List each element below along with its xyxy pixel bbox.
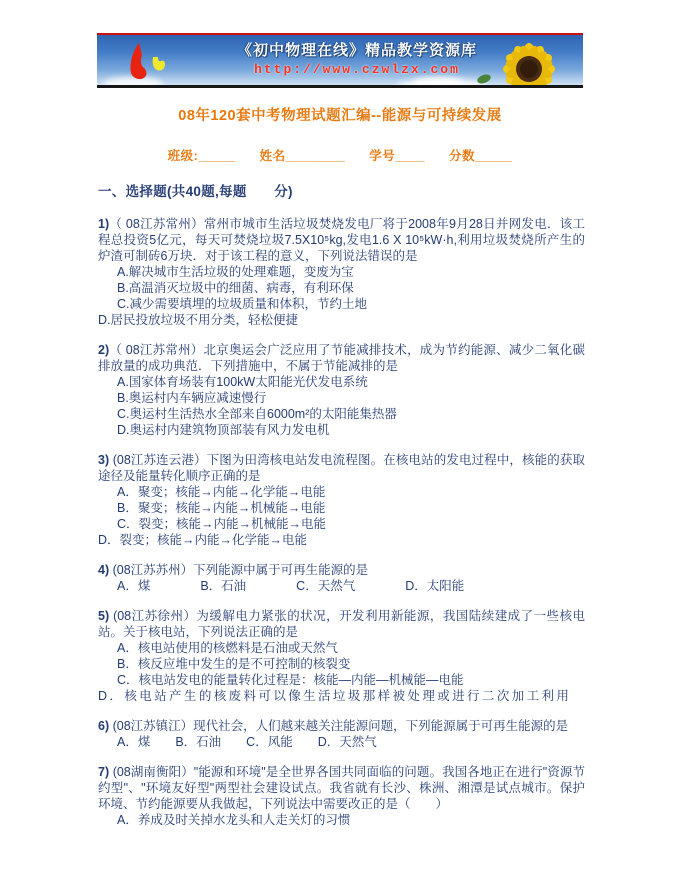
document-title-prefix: 08年120套中考物理试题汇编-- (178, 108, 381, 124)
document-page: 《初中物理在线》精品教学资源库 http://www.czwlzx.com (0, 0, 680, 880)
field-score: 分数_____ (449, 146, 512, 164)
questions-list: 1)（ 08江苏常州）常州市城市生活垃圾焚烧发电厂将于2008年9月28日并网发… (98, 216, 585, 828)
question-stem: 4) (08江苏苏州）下列能源中属于可再生能源的是 (98, 562, 585, 578)
option-line: B．核反应堆中发生的是不可控制的核裂变 (98, 656, 585, 672)
question-stem: 6) (08江苏镇江）现代社会，人们越来越关注能源问题，下列能源属于可再生能源的… (98, 718, 585, 734)
option-line: D.居民投放垃圾不用分类，轻松便捷 (98, 312, 585, 328)
field-name-label: 姓名 (260, 149, 286, 163)
question-number: 7) (98, 765, 109, 779)
option-line: D．核电站产生的核废料可以像生活垃圾那样被处理或进行二次加工利用 (98, 688, 585, 704)
field-number: 学号____ (369, 146, 425, 164)
option-line: D.奥运村内建筑物顶部装有风力发电机 (98, 422, 585, 438)
student-info-fields: 班级:_____ 姓名________ 学号____ 分数_____ (0, 146, 680, 164)
question-block: 1)（ 08江苏常州）常州市城市生活垃圾焚烧发电厂将于2008年9月28日并网发… (98, 216, 585, 328)
question-block: 6) (08江苏镇江）现代社会，人们越来越关注能源问题，下列能源属于可再生能源的… (98, 718, 585, 750)
question-stem: 3) (08江苏连云港）下图为田湾核电站发电流程图。在核电站的发电过程中，核能的… (98, 452, 585, 484)
site-logo-lightning-icon (125, 41, 177, 83)
question-number: 4) (98, 563, 109, 577)
sunflower-image (493, 37, 565, 88)
option-line: A．养成及时关掉水龙头和人走关灯的习惯 (98, 812, 585, 828)
field-score-blank: _____ (475, 149, 512, 163)
question-stem: 2)（ 08江苏常州）北京奥运会广泛应用了节能减排技术，成为节约能源、减少二氧化… (98, 342, 585, 374)
option-line: A.解决城市生活垃圾的处理难题，变废为宝 (98, 264, 585, 280)
field-class: 班级:_____ (168, 146, 236, 164)
banner-text-block: 《初中物理在线》精品教学资源库 http://www.czwlzx.com (207, 39, 507, 77)
field-number-blank: ____ (395, 149, 425, 163)
question-block: 7) (08湖南衡阳）"能源和环境"是全世界各国共同面临的问题。我国各地正在进行… (98, 764, 585, 828)
site-banner: 《初中物理在线》精品教学资源库 http://www.czwlzx.com (97, 33, 583, 88)
field-class-blank: _____ (198, 149, 235, 163)
field-name-blank: ________ (286, 149, 346, 163)
banner-sky-background: 《初中物理在线》精品教学资源库 http://www.czwlzx.com (97, 35, 583, 88)
option-line: D．裂变；核能→内能→化学能→电能 (98, 532, 585, 548)
question-stem: 5) (08江苏徐州）为缓解电力紧张的状况，开发利用新能源，我国陆续建成了一些核… (98, 608, 585, 640)
question-number: 2) (98, 343, 109, 357)
option-line: C．裂变；核能→内能→机械能→电能 (98, 516, 585, 532)
option-line: A．煤 B．石油 C．风能 D．天然气 (98, 734, 585, 750)
field-name: 姓名________ (260, 146, 346, 164)
question-number: 3) (98, 453, 109, 467)
document-title: 08年120套中考物理试题汇编--能源与可持续发展 (0, 104, 680, 125)
field-score-label: 分数 (449, 149, 475, 163)
section-heading: 一、选择题(共40题,每题 分) (98, 183, 585, 200)
option-line: A．核电站使用的核燃料是石油或天然气 (98, 640, 585, 656)
option-line: B.高温消灭垃圾中的细菌、病毒，有利环保 (98, 280, 585, 296)
question-block: 4) (08江苏苏州）下列能源中属于可再生能源的是A．煤 B．石油 C．天然气 … (98, 562, 585, 594)
question-content: 一、选择题(共40题,每题 分) 1)（ 08江苏常州）常州市城市生活垃圾焚烧发… (98, 183, 585, 842)
cloud-shape (413, 77, 463, 88)
document-title-emphasis: 能源与可持续发展 (382, 108, 502, 124)
option-line: B．聚变；核能→内能→机械能→电能 (98, 500, 585, 516)
question-number: 6) (98, 719, 109, 733)
field-number-label: 学号 (369, 149, 395, 163)
question-number: 5) (98, 609, 109, 623)
question-number: 1) (98, 217, 109, 231)
option-line: B.奥运村内车辆应减速慢行 (98, 390, 585, 406)
option-line: C.减少需要填埋的垃圾质量和体积，节约土地 (98, 296, 585, 312)
site-url[interactable]: http://www.czwlzx.com (207, 62, 507, 77)
site-title: 《初中物理在线》精品教学资源库 (207, 39, 507, 60)
question-block: 2)（ 08江苏常州）北京奥运会广泛应用了节能减排技术，成为节约能源、减少二氧化… (98, 342, 585, 438)
option-line: A．聚变；核能→内能→化学能→电能 (98, 484, 585, 500)
question-stem: 1)（ 08江苏常州）常州市城市生活垃圾焚烧发电厂将于2008年9月28日并网发… (98, 216, 585, 264)
question-block: 3) (08江苏连云港）下图为田湾核电站发电流程图。在核电站的发电过程中，核能的… (98, 452, 585, 548)
option-line: A．煤 B．石油 C．天然气 D．太阳能 (98, 578, 585, 594)
option-line: A.国家体育场装有100kW太阳能光伏发电系统 (98, 374, 585, 390)
question-stem: 7) (08湖南衡阳）"能源和环境"是全世界各国共同面临的问题。我国各地正在进行… (98, 764, 585, 812)
option-line: C．核电站发电的能量转化过程是：核能—内能—机械能—电能 (98, 672, 585, 688)
field-class-label: 班级: (168, 149, 199, 163)
question-block: 5) (08江苏徐州）为缓解电力紧张的状况，开发利用新能源，我国陆续建成了一些核… (98, 608, 585, 704)
option-line: C.奥运村生活热水全部来自6000m²的太阳能集热器 (98, 406, 585, 422)
